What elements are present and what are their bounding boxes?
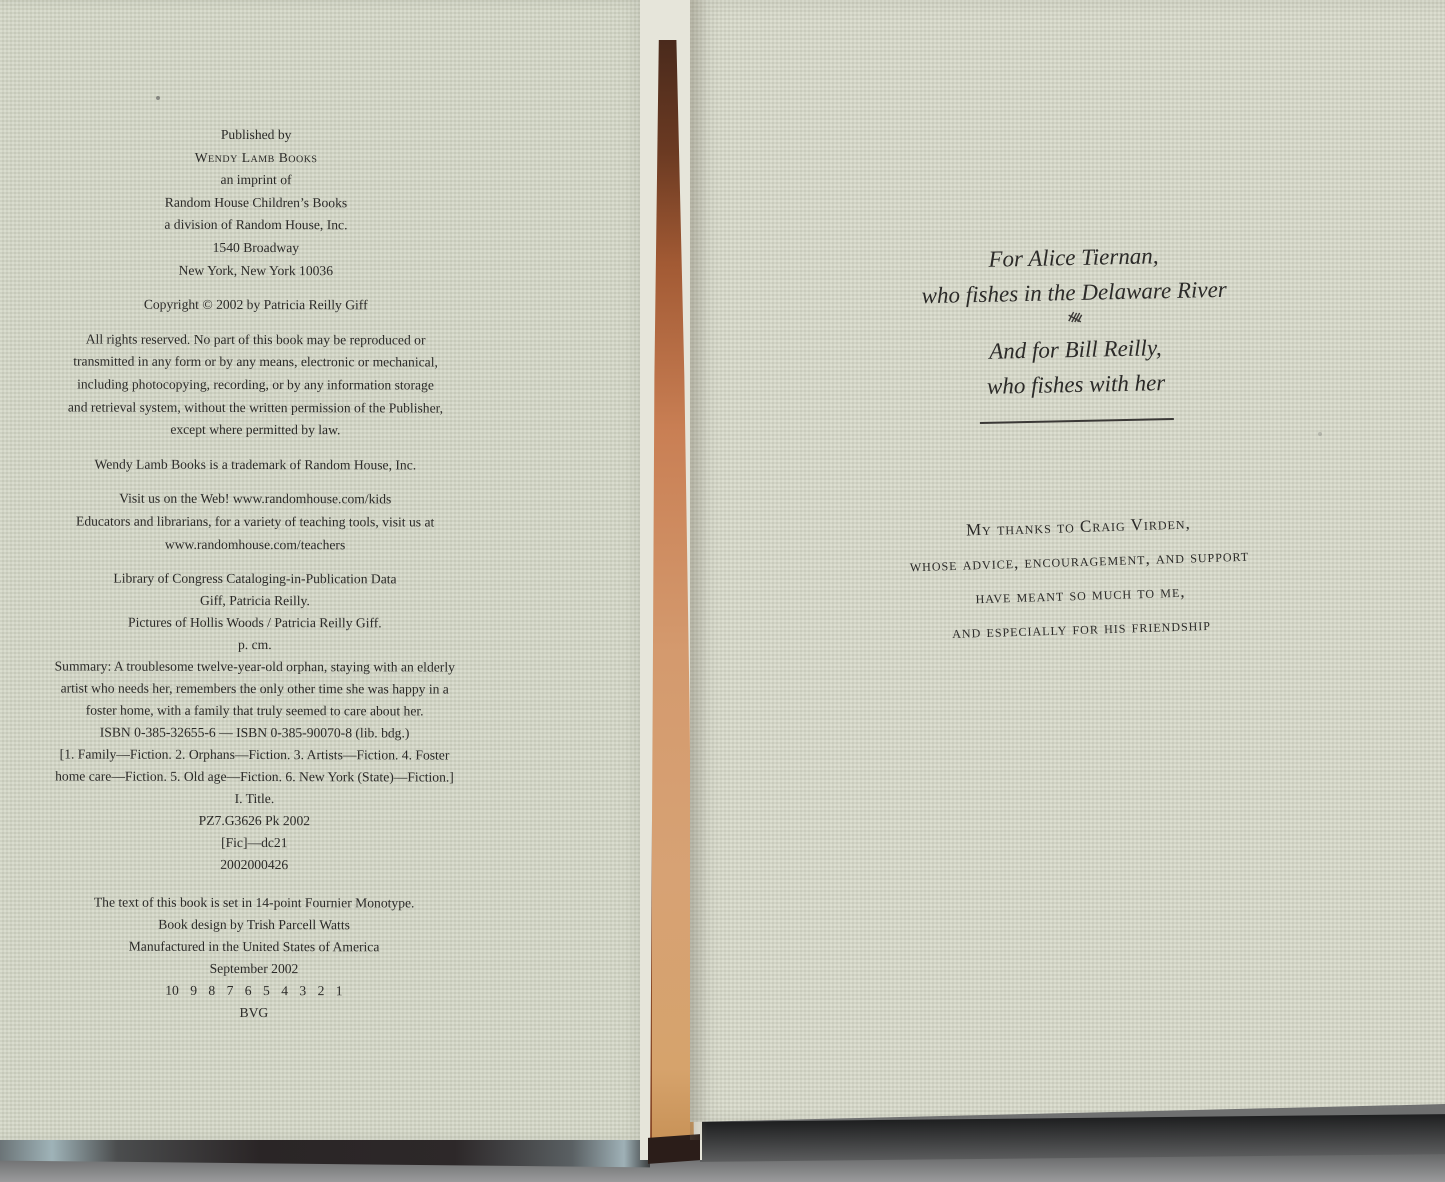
publisher-line: Random House Children’s Books bbox=[21, 191, 491, 215]
cip-subjects: [1. Family—Fiction. 2. Orphans—Fiction. … bbox=[20, 743, 490, 766]
book-cover-edge-right bbox=[700, 1114, 1445, 1162]
cip-subjects: home care—Fiction. 5. Old age—Fiction. 6… bbox=[19, 765, 489, 788]
web-block: Visit us on the Web! www.randomhouse.com… bbox=[20, 488, 490, 557]
web-line: Visit us on the Web! www.randomhouse.com… bbox=[20, 488, 490, 512]
copyright-text: Published by Wendy Lamb Books an imprint… bbox=[19, 123, 491, 1036]
cip-line: Giff, Patricia Reilly. bbox=[20, 589, 490, 612]
cip-line: PZ7.G3626 Pk 2002 bbox=[19, 809, 489, 832]
cip-block: Library of Congress Cataloging-in-Public… bbox=[19, 567, 490, 876]
production-line: Book design by Trish Parcell Watts bbox=[19, 913, 489, 936]
rights-block: All rights reserved. No part of this boo… bbox=[20, 328, 490, 442]
publisher-line: an imprint of bbox=[21, 169, 491, 193]
cip-line: I. Title. bbox=[19, 787, 489, 810]
cip-line: 2002000426 bbox=[19, 853, 489, 876]
web-line: www.randomhouse.com/teachers bbox=[20, 533, 490, 557]
cip-summary: artist who needs her, remembers the only… bbox=[20, 677, 490, 700]
trademark-line: Wendy Lamb Books is a trademark of Rando… bbox=[20, 453, 490, 477]
cip-summary: foster home, with a family that truly se… bbox=[20, 699, 490, 722]
copyright-line: Copyright © 2002 by Patricia Reilly Giff bbox=[21, 294, 491, 318]
publisher-line: Published by bbox=[21, 123, 491, 147]
paper-speck bbox=[1318, 432, 1322, 436]
publisher-address: New York, New York 10036 bbox=[21, 259, 491, 283]
production-line: The text of this book is set in 14-point… bbox=[19, 891, 489, 914]
gutter-shadow bbox=[690, 0, 708, 1140]
copyright-page: Published by Wendy Lamb Books an imprint… bbox=[0, 0, 644, 1140]
publisher-line: a division of Random House, Inc. bbox=[21, 214, 491, 238]
printer-code: BVG bbox=[19, 1001, 489, 1024]
hatched-ornament-icon bbox=[1067, 310, 1083, 324]
web-line: Educators and librarians, for a variety … bbox=[20, 510, 490, 534]
dedication: For Alice Tiernan, who fishes in the Del… bbox=[878, 236, 1272, 426]
printing-number-line: 10 9 8 7 6 5 4 3 2 1 bbox=[19, 979, 489, 1002]
publisher-block: Published by Wendy Lamb Books an imprint… bbox=[21, 123, 491, 282]
publisher-address: 1540 Broadway bbox=[21, 236, 491, 260]
rights-line: All rights reserved. No part of this boo… bbox=[21, 328, 491, 352]
cip-summary: Summary: A troublesome twelve-year-old o… bbox=[20, 655, 490, 678]
paper-speck bbox=[156, 96, 160, 100]
dedication-line: who fishes with her bbox=[881, 363, 1272, 406]
acknowledgment: My thanks to Craig Virden, whose advice,… bbox=[848, 503, 1312, 653]
cip-line: p. cm. bbox=[20, 633, 490, 656]
production-block: The text of this book is set in 14-point… bbox=[19, 891, 489, 1024]
cip-line: Pictures of Hollis Woods / Patricia Reil… bbox=[20, 611, 490, 634]
production-line: September 2002 bbox=[19, 957, 489, 980]
rights-line: except where permitted by law. bbox=[20, 419, 490, 443]
isbn-line: ISBN 0-385-32655-6 — ISBN 0-385-90070-8 … bbox=[20, 721, 490, 744]
rights-line: and retrieval system, without the writte… bbox=[20, 396, 490, 420]
cip-line: Library of Congress Cataloging-in-Public… bbox=[20, 567, 490, 590]
production-line: Manufactured in the United States of Ame… bbox=[19, 935, 489, 958]
trademark-block: Wendy Lamb Books is a trademark of Rando… bbox=[20, 453, 490, 477]
rights-line: including photocopying, recording, or by… bbox=[20, 373, 490, 397]
rights-line: transmitted in any form or by any means,… bbox=[21, 351, 491, 375]
cip-line: [Fic]—dc21 bbox=[19, 831, 489, 854]
imprint-name: Wendy Lamb Books bbox=[21, 146, 491, 170]
copyright-notice: Copyright © 2002 by Patricia Reilly Giff bbox=[21, 294, 491, 318]
